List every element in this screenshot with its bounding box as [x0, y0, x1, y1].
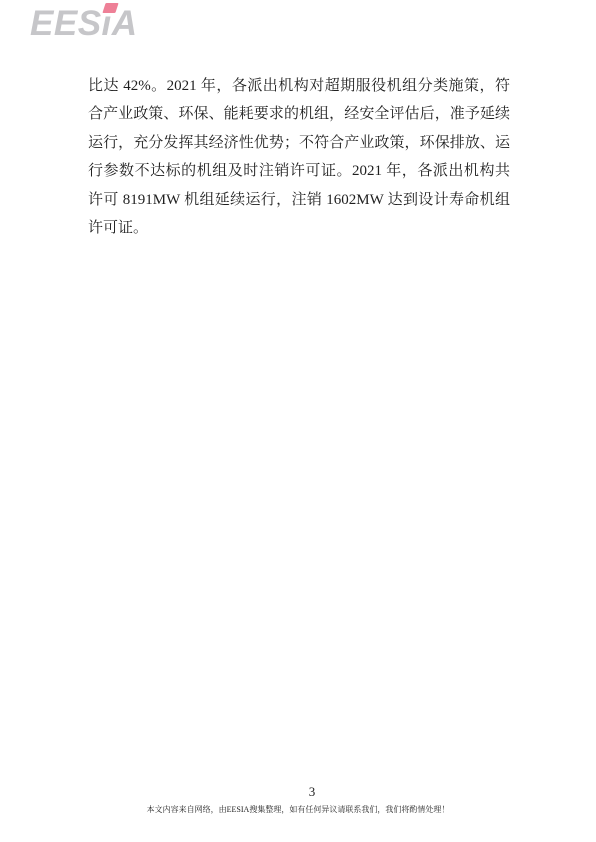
- brand-logo: EESıA: [30, 2, 138, 48]
- document-page: EESıA 比达 42%。2021 年，各派出机构对超期服役机组分类施策，符 合…: [0, 0, 596, 842]
- page-number: 3: [14, 784, 596, 800]
- logo-text-ees: EES: [30, 4, 102, 43]
- body-text: 比达 42%。2021 年，各派出机构对超期服役机组分类施策，符 合产业政策、环…: [88, 72, 510, 242]
- footer-disclaimer: 本文内容来自网络，由EESIA搜集整理，如有任何异议请联系我们，我们将酌情处理！: [0, 804, 596, 815]
- paragraph-line: 运行，充分发挥其经济性优势；不符合产业政策，环保排放、运: [88, 129, 510, 157]
- paragraph-line: 行参数不达标的机组及时注销许可证。2021 年，各派出机构共: [88, 157, 510, 185]
- paragraph-line: 许可证。: [88, 214, 510, 242]
- paragraph-line: 许可 8191MW 机组延续运行，注销 1602MW 达到设计寿命机组: [88, 186, 510, 214]
- paragraph-line: 比达 42%。2021 年，各派出机构对超期服役机组分类施策，符: [88, 72, 510, 100]
- paragraph-line: 合产业政策、环保、能耗要求的机组，经安全评估后，准予延续: [88, 100, 510, 128]
